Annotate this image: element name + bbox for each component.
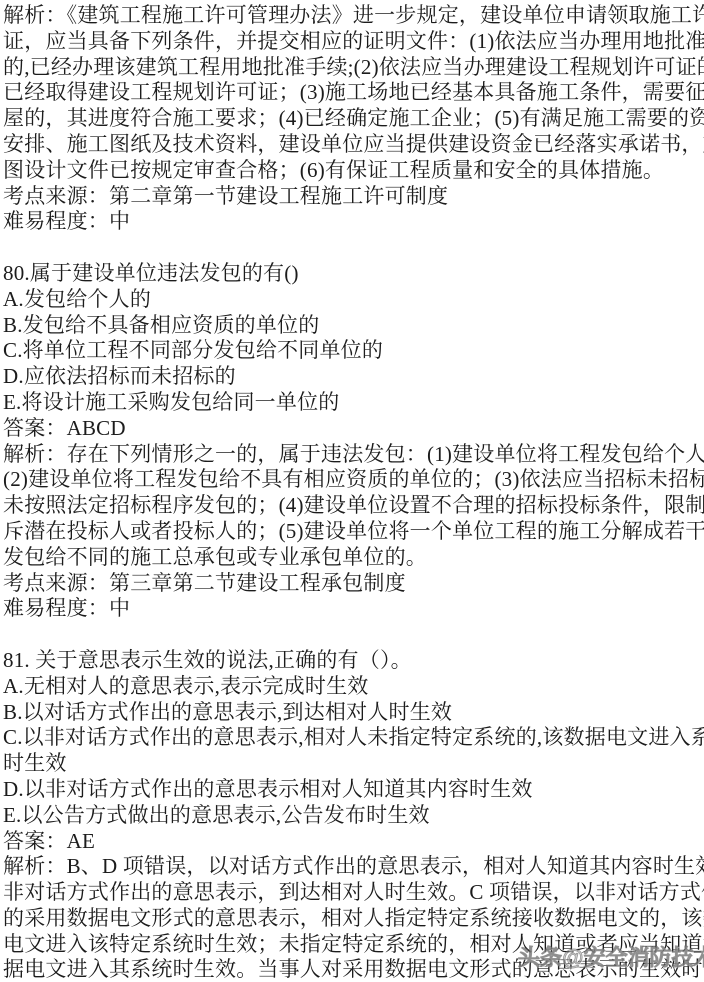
text-line: E.以公告方式做出的意思表示,公告发布时生效 (3, 803, 699, 829)
text-line: D.以非对话方式作出的意思表示相对人知道其内容时生效 (3, 777, 699, 803)
text-line: 考点来源：第三章第二节建设工程承包制度 (3, 571, 699, 597)
blank-line (3, 235, 699, 261)
text-line: 证，应当具备下列条件，并提交相应的证明文件：(1)依法应当办理用地批准手续 (3, 29, 699, 55)
text-line: 斥潜在投标人或者投标人的；(5)建设单位将一个单位工程的施工分解成若干部分 (3, 519, 699, 545)
text-line: 考点来源：第二章第一节建设工程施工许可制度 (3, 184, 699, 210)
text-line: 图设计文件已按规定审查合格；(6)有保证工程质量和安全的具体措施。 (3, 158, 699, 184)
text-line: (2)建设单位将工程发包给不具有相应资质的单位的；(3)依法应当招标未招标或 (3, 467, 699, 493)
text-line: 答案：AE (3, 829, 699, 855)
text-line: 屋的，其进度符合施工要求；(4)已经确定施工企业；(5)有满足施工需要的资金 (3, 106, 699, 132)
text-line: B.发包给不具备相应资质的单位的 (3, 313, 699, 339)
text-line: 答案：ABCD (3, 416, 699, 442)
text-line: 电文进入该特定系统时生效；未指定特定系统的，相对人知道或者应当知道该数 (3, 932, 699, 958)
blank-line (3, 622, 699, 648)
text-line: 发包给不同的施工总承包或专业承包单位的。 (3, 545, 699, 571)
text-line: 难易程度：中 (3, 596, 699, 622)
text-line: 据电文进入其系统时生效。当事人对采用数据电文形式的意思表示的生效时间另 (3, 957, 699, 982)
text-line: 已经取得建设工程规划许可证；(3)施工场地已经基本具备施工条件，需要征收房 (3, 80, 699, 106)
text-line: 的采用数据电文形式的意思表示，相对人指定特定系统接收数据电文的，该数据 (3, 906, 699, 932)
text-line: 安排、施工图纸及技术资料，建设单位应当提供建设资金已经落实承诺书，施工 (3, 132, 699, 158)
text-line: A.无相对人的意思表示,表示完成时生效 (3, 674, 699, 700)
text-line: 解析：B、D 项错误，以对话方式作出的意思表示，相对人知道其内容时生效。以 (3, 854, 699, 880)
text-line: 解析：《建筑工程施工许可管理办法》进一步规定，建设单位申请领取施工许可 (3, 3, 699, 29)
text-line: E.将设计施工采购发包给同一单位的 (3, 390, 699, 416)
text-line: 非对话方式作出的意思表示，到达相对人时生效。C 项错误，以非对话方式作出 (3, 880, 699, 906)
text-line: 解析：存在下列情形之一的，属于违法发包：(1)建设单位将工程发包给个人的； (3, 442, 699, 468)
document-lines: 解析：《建筑工程施工许可管理办法》进一步规定，建设单位申请领取施工许可证，应当具… (3, 3, 699, 982)
text-line: D.应依法招标而未招标的 (3, 364, 699, 390)
document-page: 解析：《建筑工程施工许可管理办法》进一步规定，建设单位申请领取施工许可证，应当具… (0, 0, 704, 982)
text-line: 81. 关于意思表示生效的说法,正确的有（）。 (3, 648, 699, 674)
text-line: 难易程度：中 (3, 209, 699, 235)
text-line: C.将单位工程不同部分发包给不同单位的 (3, 338, 699, 364)
text-line: 80.属于建设单位违法发包的有() (3, 261, 699, 287)
text-line: 时生效 (3, 751, 699, 777)
text-line: 的,已经办理该建筑工程用地批准手续;(2)依法应当办理建设工程规划许可证的, (3, 55, 699, 81)
text-line: B.以对话方式作出的意思表示,到达相对人时生效 (3, 700, 699, 726)
text-line: C.以非对话方式作出的意思表示,相对人未指定特定系统的,该数据电文进入系统 (3, 725, 699, 751)
text-line: 未按照法定招标程序发包的；(4)建设单位设置不合理的招标投标条件，限制、排 (3, 493, 699, 519)
text-line: A.发包给个人的 (3, 287, 699, 313)
